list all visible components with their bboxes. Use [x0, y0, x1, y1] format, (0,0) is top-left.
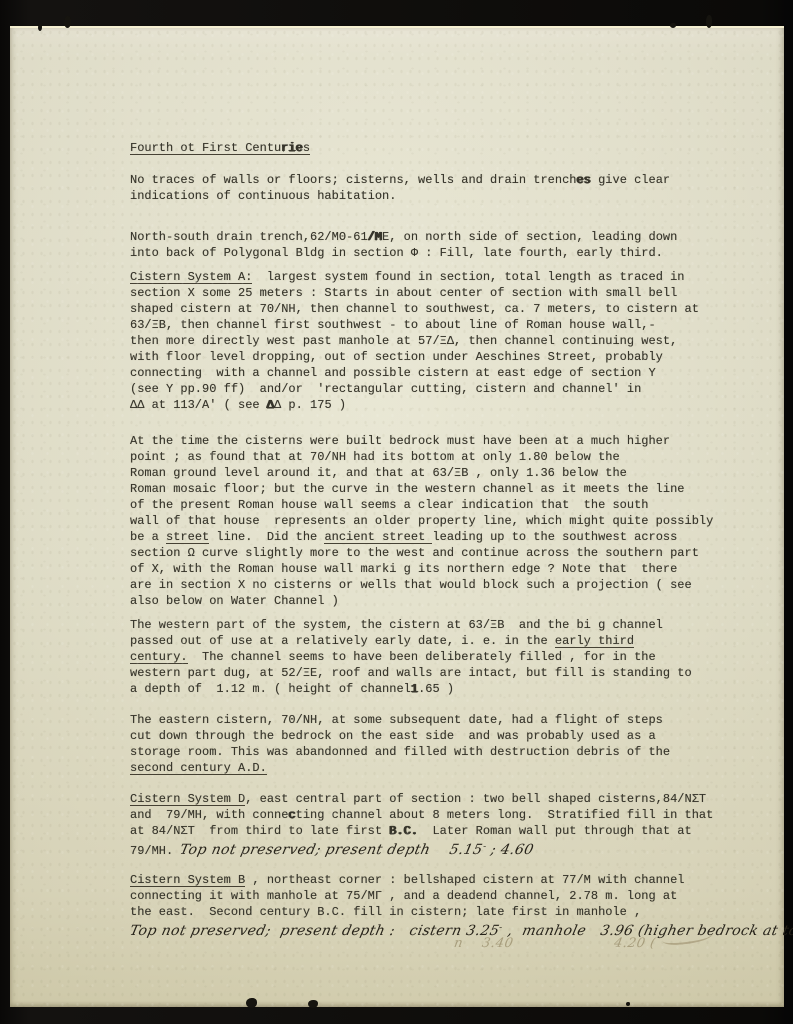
- document-title: Fourth ot First Centuries: [130, 140, 715, 156]
- text-line: western part dug, at 52/ΞE, roof and wal…: [130, 665, 715, 681]
- text-segment: indications of continuous habitation.: [130, 189, 396, 203]
- text-line: Fourth ot First Centuries: [130, 140, 715, 156]
- text-line: Cistern System B , northeast corner : be…: [130, 872, 715, 888]
- text-line: with floor level dropping, out of sectio…: [130, 349, 715, 365]
- text-line: section X some 25 meters : Starts in abo…: [130, 285, 715, 301]
- text-segment: ancient street: [324, 530, 432, 544]
- text-line: also below on Water Channel ): [130, 593, 715, 609]
- text-segment: E, on north side of section, leading dow…: [382, 230, 677, 244]
- text-segment: [130, 937, 454, 951]
- text-segment: es: [576, 173, 590, 187]
- paragraph-no-traces: No traces of walls or floors; cisterns, …: [130, 172, 715, 204]
- text-segment: The eastern cistern, 70/NH, at some subs…: [130, 713, 663, 727]
- text-segment: section X some 25 meters : Starts in abo…: [130, 286, 677, 300]
- text-segment: /M: [368, 230, 382, 244]
- text-segment: second century A.D.: [130, 761, 267, 775]
- text-line: At the time the cisterns were built bedr…: [130, 433, 715, 449]
- text-line: of the present Roman house wall seems a …: [130, 497, 715, 513]
- text-segment: 63/ΞB, then channel first southwest - to…: [130, 318, 656, 332]
- text-line: Cistern System D, east central part of s…: [130, 791, 715, 807]
- text-segment: into back of Polygonal Bldg in section Φ…: [130, 246, 663, 260]
- text-line: and 79/MH, with connecting channel about…: [130, 807, 715, 823]
- text-segment: and 79/MH, with conne: [130, 808, 288, 822]
- text-line: are in section X no cisterns or wells th…: [130, 577, 715, 593]
- text-line: into back of Polygonal Bldg in section Φ…: [130, 245, 715, 261]
- text-line: 63/ΞB, then channel first southwest - to…: [130, 317, 715, 333]
- text-segment: At the time the cisterns were built bedr…: [130, 434, 670, 448]
- text-segment: also below on Water Channel ): [130, 594, 339, 608]
- text-line: a depth of 1.12 m. ( height of channel1.…: [130, 681, 715, 697]
- pencil-annotation: 4.20 (: [613, 936, 662, 952]
- text-segment: storage room. This was abandonned and fi…: [130, 745, 670, 759]
- text-segment: leading up to the southwest across: [432, 530, 677, 544]
- text-segment: c: [288, 808, 295, 822]
- text-line: (see Y pp.90 ff) and/or 'rectangular cut…: [130, 381, 715, 397]
- text-line: Top not preserved; present depth : ciste…: [130, 920, 715, 936]
- text-segment: connecting it with manhole at 75/MΓ , an…: [130, 889, 677, 903]
- paragraph-eastern-cistern: The eastern cistern, 70/NH, at some subs…: [130, 712, 715, 776]
- paper-edge-mark: [246, 998, 257, 1008]
- ink-mark: [706, 15, 712, 28]
- text-segment: [513, 937, 614, 951]
- text-line: No traces of walls or floors; cisterns, …: [130, 172, 715, 188]
- text-segment: 79/MH.: [130, 844, 180, 858]
- text-line: shaped cistern at 70/NH, then channel to…: [130, 301, 715, 317]
- text-segment: rie: [281, 141, 303, 155]
- text-segment: largest system found in section, total l…: [252, 270, 684, 284]
- text-segment: shaped cistern at 70/NH, then channel to…: [130, 302, 699, 316]
- text-line: century. The channel seems to have been …: [130, 649, 715, 665]
- text-segment: Cistern System A:: [130, 270, 252, 284]
- text-segment: ΔΔ at 113/A' ( see: [130, 398, 267, 412]
- text-segment: section Ω curve slightly more to the wes…: [130, 546, 699, 560]
- text-segment: Fourth ot First Centu: [130, 141, 281, 155]
- text-segment: .65 ): [418, 682, 454, 696]
- text-segment: Later Roman wall put through that at: [418, 824, 692, 838]
- ink-mark: [38, 24, 42, 31]
- text-line: connecting with a channel and possible c…: [130, 365, 715, 381]
- scanned-document-page: { "page": { "background_color": "#0c0b09…: [0, 0, 793, 1024]
- text-segment: Δ p. 175 ): [274, 398, 346, 412]
- typewritten-text-block: Fourth ot First CenturiesNo traces of wa…: [130, 140, 715, 952]
- text-segment: of X, with the Roman house wall marki g …: [130, 562, 677, 576]
- text-segment: , east central part of section : two bel…: [245, 792, 706, 806]
- text-segment: street: [166, 530, 209, 544]
- text-line: The eastern cistern, 70/NH, at some subs…: [130, 712, 715, 728]
- text-line: cut down through the bedrock on the east…: [130, 728, 715, 744]
- text-segment: Cistern System D: [130, 792, 245, 806]
- text-line: second century A.D.: [130, 760, 715, 776]
- text-line: storage room. This was abandonned and fi…: [130, 744, 715, 760]
- paragraph-western-part: The western part of the system, the cist…: [130, 617, 715, 697]
- text-segment: early third: [555, 634, 634, 648]
- text-line: wall of that house represents an older p…: [130, 513, 715, 529]
- text-line: North-south drain trench,62/MΘ-61/ME, on…: [130, 229, 715, 245]
- text-segment: North-south drain trench,62/MΘ-61: [130, 230, 368, 244]
- text-segment: Cistern System B: [130, 873, 245, 887]
- text-segment: then more directly west past manhole at …: [130, 334, 677, 348]
- text-segment: ting channel about 8 meters long. Strati…: [296, 808, 714, 822]
- text-segment: give clear: [591, 173, 670, 187]
- text-segment: , northeast corner : bellshaped cistern …: [245, 873, 684, 887]
- text-segment: Δ: [267, 398, 274, 412]
- paragraph-drain-trench: North-south drain trench,62/MΘ-61/ME, on…: [130, 229, 715, 261]
- text-segment: western part dug, at 52/ΞE, roof and wal…: [130, 666, 692, 680]
- text-segment: No traces of walls or floors; cisterns, …: [130, 173, 576, 187]
- paragraph-cistern-system-b: Cistern System B , northeast corner : be…: [130, 872, 715, 952]
- text-segment: line. Did the: [209, 530, 324, 544]
- text-line: 79/MH. Top not preserved; present depth …: [130, 839, 715, 855]
- handwritten-annotation: Top not preserved; present depth : ciste…: [128, 923, 501, 939]
- text-line: Roman ground level around it, and that a…: [130, 465, 715, 481]
- text-segment: are in section X no cisterns or wells th…: [130, 578, 692, 592]
- text-segment: The channel seems to have been deliberat…: [188, 650, 656, 664]
- text-line: passed out of use at a relatively early …: [130, 633, 715, 649]
- text-segment: The western part of the system, the cist…: [130, 618, 663, 632]
- text-segment: century.: [130, 650, 188, 664]
- text-segment: Roman ground level around it, and that a…: [130, 466, 627, 480]
- handwritten-annotation: ; 4.60: [485, 842, 536, 858]
- ink-mark: [64, 16, 71, 28]
- ink-mark: [670, 23, 676, 28]
- paragraph-cistern-system-a: Cistern System A: largest system found i…: [130, 269, 715, 413]
- text-segment: point ; as found that at 70/NH had its b…: [130, 450, 620, 464]
- text-segment: with floor level dropping, out of sectio…: [130, 350, 663, 364]
- text-line: the east. Second century B.C. fill in ci…: [130, 904, 715, 920]
- text-segment: cut down through the bedrock on the east…: [130, 729, 656, 743]
- text-segment: the east. Second century B.C. fill in ci…: [130, 905, 641, 919]
- text-segment: of the present Roman house wall seems a …: [130, 498, 648, 512]
- text-segment: a depth of 1.12 m. ( height of channel: [130, 682, 411, 696]
- paper-edge-mark: [308, 1000, 318, 1008]
- text-segment: passed out of use at a relatively early …: [130, 634, 555, 648]
- paper-edge-mark: [626, 1002, 630, 1006]
- text-segment: B.C.: [389, 824, 418, 838]
- text-line: Cistern System A: largest system found i…: [130, 269, 715, 285]
- text-line: connecting it with manhole at 75/MΓ , an…: [130, 888, 715, 904]
- handwritten-annotation: Top not preserved; present depth 5.15: [179, 842, 485, 858]
- text-segment: 1: [411, 682, 418, 696]
- text-line: ΔΔ at 113/A' ( see ΔΔ p. 175 ): [130, 397, 715, 413]
- paragraph-cistern-system-d: Cistern System D, east central part of s…: [130, 791, 715, 855]
- text-line: be a street line. Did the ancient street…: [130, 529, 715, 545]
- text-line: of X, with the Roman house wall marki g …: [130, 561, 715, 577]
- text-segment: wall of that house represents an older p…: [130, 514, 713, 528]
- text-segment: be a: [130, 530, 166, 544]
- pencil-annotation: n 3.40: [453, 936, 515, 952]
- text-segment: s: [303, 141, 310, 155]
- text-line: point ; as found that at 70/NH had its b…: [130, 449, 715, 465]
- text-line: at 84/NΣT from third to late first B.C. …: [130, 823, 715, 839]
- text-line: Roman mosaic floor; but the curve in the…: [130, 481, 715, 497]
- text-line: section Ω curve slightly more to the wes…: [130, 545, 715, 561]
- text-segment: Roman mosaic floor; but the curve in the…: [130, 482, 685, 496]
- paper-sheet: Fourth ot First CenturiesNo traces of wa…: [10, 26, 784, 1007]
- text-line: The western part of the system, the cist…: [130, 617, 715, 633]
- text-line: then more directly west past manhole at …: [130, 333, 715, 349]
- text-line: indications of continuous habitation.: [130, 188, 715, 204]
- text-segment: (see Y pp.90 ff) and/or 'rectangular cut…: [130, 382, 641, 396]
- paragraph-bedrock: At the time the cisterns were built bedr…: [130, 433, 715, 609]
- text-segment: at 84/NΣT from third to late first: [130, 824, 389, 838]
- text-segment: connecting with a channel and possible c…: [130, 366, 656, 380]
